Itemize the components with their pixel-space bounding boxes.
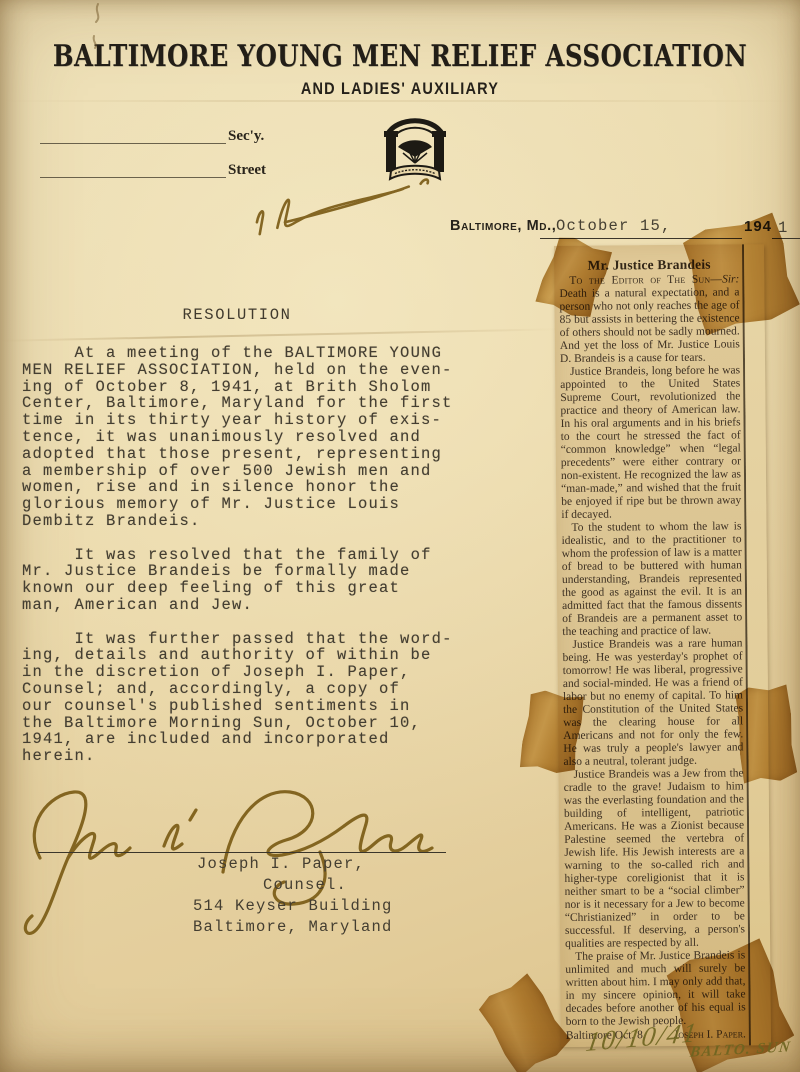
clipping-paragraph: Justice Brandeis was a Jew from the crad… [564,767,746,951]
paper-tear-mark [84,2,114,52]
tape-piece [474,972,574,1072]
clipping-paragraph: To the student to whom the law is ideali… [561,520,742,639]
signer-address-line2: Baltimore, Maryland [193,918,393,936]
resolution-paragraph: It was resolved that the family of Mr. J… [22,547,460,614]
dateline-typed-date: October 15, [556,217,672,235]
newspaper-clipping: Mr. Justice Brandeis To the Editor of Th… [554,244,771,1047]
document-page: BALTIMORE YOUNG MEN RELIEF ASSOCIATION A… [0,0,800,1072]
street-blank-line [40,176,226,178]
clipping-paragraph: Justice Brandeis was a rare human being.… [562,637,743,769]
org-title: BALTIMORE YOUNG MEN RELIEF ASSOCIATION [0,38,800,73]
street-label: Street [228,162,266,179]
clipping-paragraph: Justice Brandeis, long before he was app… [560,364,741,522]
secy-blank-line [40,142,226,144]
signer-title: Counsel. [263,876,347,894]
signer-address-line1: 514 Keyser Building [193,897,393,915]
org-subtitle: AND LADIES' AUXILIARY [0,80,800,98]
resolution-paragraph: It was further passed that the word- ing… [22,631,460,765]
tape-piece [733,683,798,784]
signer-name: Joseph I. Paper, [197,855,365,873]
dateline-place: Baltimore, Md., [450,218,556,234]
kauffman-signature [244,169,448,243]
resolution-paragraph: At a meeting of the BALTIMORE YOUNG MEN … [22,345,460,530]
secy-label: Sec'y. [228,128,264,145]
signature-line [38,852,446,853]
clipping-text-column: Mr. Justice Brandeis To the Editor of Th… [559,256,746,1043]
letterhead-masthead: BALTIMORE YOUNG MEN RELIEF ASSOCIATION A… [0,38,800,96]
resolution-heading: RESOLUTION [22,306,452,324]
paper-crease [0,100,800,102]
resolution-body: RESOLUTION At a meeting of the BALTIMORE… [22,306,460,782]
